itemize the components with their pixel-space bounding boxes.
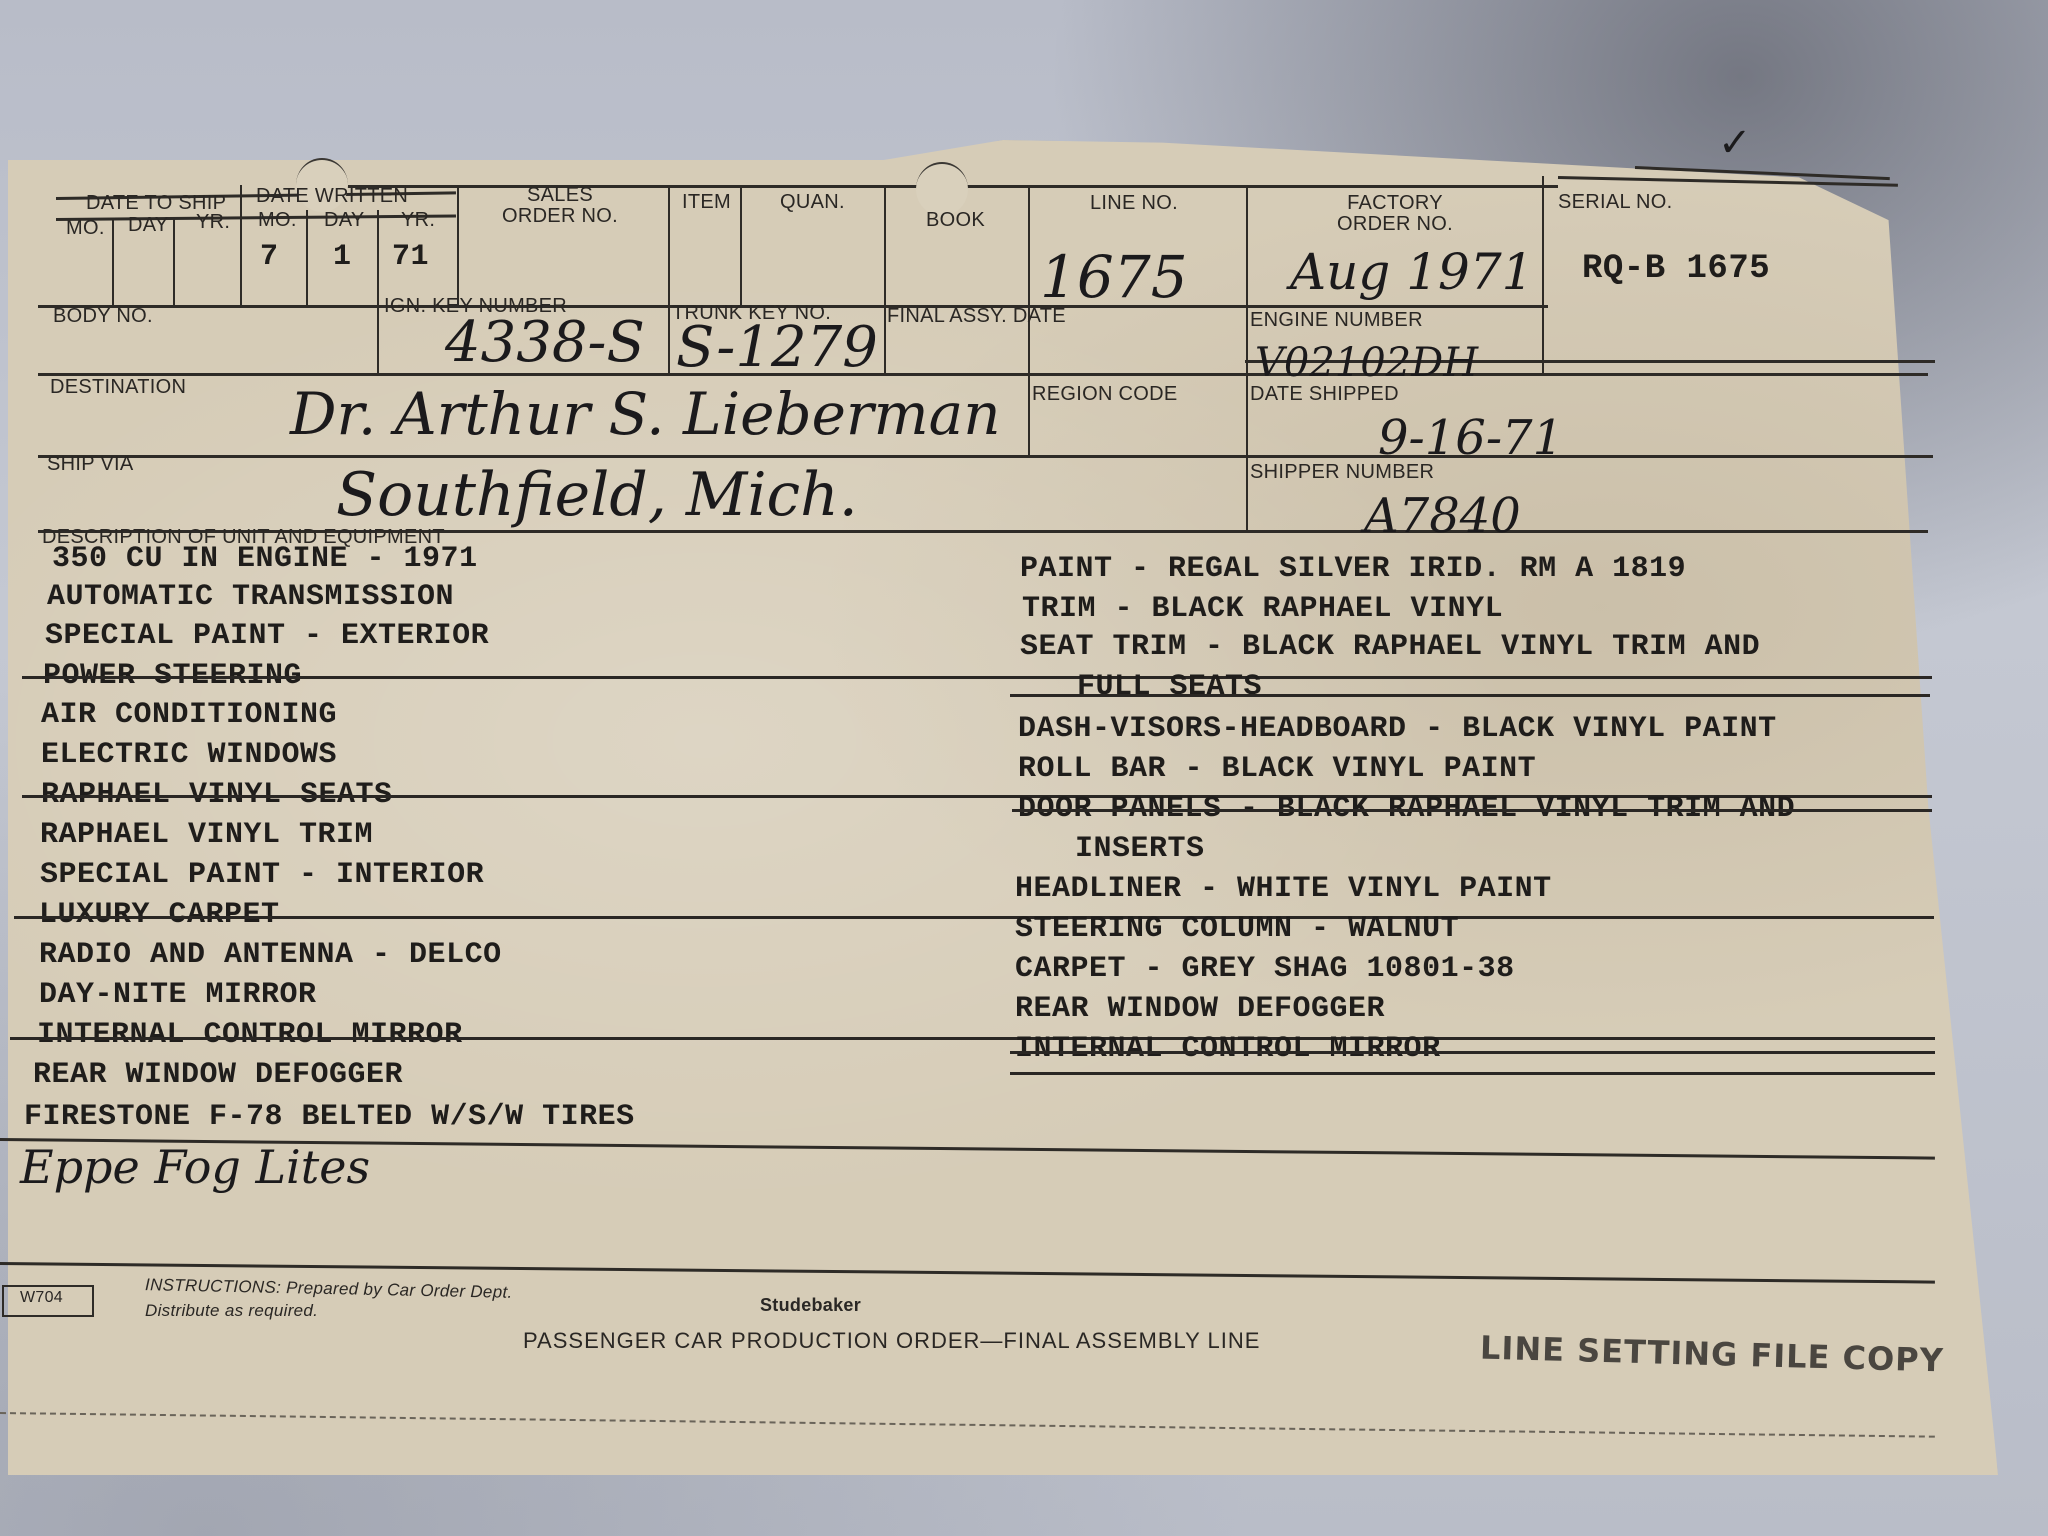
factory-order-label-line2: ORDER NO. <box>1300 214 1490 235</box>
date-written-label: DATE WRITTEN <box>256 186 408 207</box>
date-to-ship-yr-label: YR. <box>196 212 230 233</box>
equipment-item: TRIM - BLACK RAPHAEL VINYL <box>1022 592 1503 626</box>
item-label: ITEM <box>682 192 731 213</box>
date-shipped-label: DATE SHIPPED <box>1250 384 1399 405</box>
date-written-mo-label: MO. <box>258 210 297 231</box>
studebaker-brand: Studebaker <box>760 1296 861 1315</box>
destination-label: DESTINATION <box>50 377 186 398</box>
check-mark-icon: ✓ <box>1718 120 1752 166</box>
equipment-item-struck: FULL SEATS <box>1077 670 1262 704</box>
shipper-number-label: SHIPPER NUMBER <box>1250 462 1434 483</box>
trunk-key-value: S-1279 <box>676 315 878 380</box>
divider <box>1542 176 1544 373</box>
factory-order-value: Aug 1971 <box>1290 243 1533 301</box>
equipment-item: SPECIAL PAINT - INTERIOR <box>40 858 484 892</box>
equipment-item: AUTOMATIC TRANSMISSION <box>47 580 454 614</box>
strike-line <box>1010 1051 1935 1054</box>
date-written-mo-value: 7 <box>260 240 279 274</box>
divider <box>457 185 459 306</box>
ship-via-value: Southfield, Mich. <box>336 460 858 530</box>
equipment-item: REAR WINDOW DEFOGGER <box>33 1058 403 1092</box>
strike-line <box>1010 694 1930 697</box>
ign-key-value: 4338-S <box>445 310 645 375</box>
date-to-ship-mo-label: MO. <box>66 218 105 239</box>
serial-no-value: RQ-B 1675 <box>1582 250 1770 288</box>
divider <box>38 455 1933 458</box>
form-title: PASSENGER CAR PRODUCTION ORDER—FINAL ASS… <box>523 1328 1260 1354</box>
line-no-label: LINE NO. <box>1090 193 1178 214</box>
equipment-item-struck: INTERNAL CONTROL MIRROR <box>1015 1032 1441 1066</box>
equipment-item-struck: INTERNAL CONTROL MIRROR <box>37 1018 463 1052</box>
date-written-yr-label: YR. <box>401 210 435 231</box>
divider <box>377 210 379 373</box>
divider <box>240 185 242 306</box>
divider <box>1246 185 1248 530</box>
serial-no-label: SERIAL NO. <box>1558 192 1673 213</box>
ship-via-label: SHIP VIA <box>47 454 134 475</box>
region-code-label: REGION CODE <box>1032 384 1178 405</box>
line-no-value: 1675 <box>1040 243 1188 311</box>
date-to-ship-day-label: DAY <box>128 215 169 236</box>
handwritten-note: Eppe Fog Lites <box>20 1140 370 1194</box>
destination-value: Dr. Arthur S. Lieberman <box>290 380 1001 448</box>
shipper-number-value: A7840 <box>1364 488 1521 544</box>
equipment-item: FIRESTONE F-78 BELTED W/S/W TIRES <box>24 1100 635 1134</box>
instructions-line2: Distribute as required. <box>145 1302 318 1320</box>
divider <box>112 220 114 306</box>
equipment-item: PAINT - REGAL SILVER IRID. RM A 1819 <box>1020 552 1686 586</box>
equipment-item: CARPET - GREY SHAG 10801-38 <box>1015 952 1515 986</box>
date-written-day-label: DAY <box>324 210 365 231</box>
sales-order-label-line2: ORDER NO. <box>480 206 640 227</box>
divider <box>306 210 308 306</box>
divider <box>884 185 886 373</box>
strike-line <box>14 916 1934 919</box>
equipment-item-struck: LUXURY CARPET <box>39 898 280 932</box>
equipment-item: SEAT TRIM - BLACK RAPHAEL VINYL TRIM AND <box>1020 630 1760 664</box>
equipment-item: RADIO AND ANTENNA - DELCO <box>39 938 502 972</box>
equipment-item: AIR CONDITIONING <box>41 698 337 732</box>
equipment-item-struck: STEERING COLUMN - WALNUT <box>1015 912 1459 946</box>
date-written-day-value: 1 <box>333 240 352 274</box>
equipment-item: ELECTRIC WINDOWS <box>41 738 337 772</box>
punch-hole <box>916 162 968 216</box>
equipment-item: RAPHAEL VINYL TRIM <box>40 818 373 852</box>
engine-number-label: ENGINE NUMBER <box>1250 310 1423 331</box>
strike-line <box>10 1037 1935 1040</box>
divider <box>38 373 1928 376</box>
form-number: W704 <box>20 1290 63 1307</box>
factory-order-label-line1: FACTORY <box>1300 193 1490 214</box>
equipment-item: SPECIAL PAINT - EXTERIOR <box>45 619 489 653</box>
equipment-item: REAR WINDOW DEFOGGER <box>1015 992 1385 1026</box>
final-assy-date-label: FINAL ASSY. DATE <box>887 306 1066 327</box>
body-no-label: BODY NO. <box>53 306 153 327</box>
sales-order-label-line1: SALES <box>480 185 640 206</box>
strike-line <box>1012 809 1932 812</box>
equipment-item: DASH-VISORS-HEADBOARD - BLACK VINYL PAIN… <box>1018 712 1777 746</box>
form-number-box: W704 <box>2 1285 94 1317</box>
divider <box>668 185 670 373</box>
equipment-item: 350 CU IN ENGINE - 1971 <box>52 542 478 576</box>
quan-label: QUAN. <box>780 192 845 213</box>
date-written-yr-value: 71 <box>392 240 429 274</box>
engine-number-value: V02102DH <box>1255 340 1478 386</box>
equipment-item: DAY-NITE MIRROR <box>39 978 317 1012</box>
book-label: BOOK <box>926 210 985 231</box>
equipment-item: HEADLINER - WHITE VINYL PAINT <box>1015 872 1552 906</box>
equipment-item: INSERTS <box>1075 832 1205 866</box>
sales-order-label: SALES ORDER NO. <box>480 185 640 227</box>
factory-order-label: FACTORY ORDER NO. <box>1300 193 1490 235</box>
divider <box>173 218 175 306</box>
divider <box>1010 1072 1935 1075</box>
date-shipped-value: 9-16-71 <box>1378 410 1563 466</box>
strike-line <box>22 676 1932 679</box>
divider <box>740 185 742 305</box>
equipment-item: ROLL BAR - BLACK VINYL PAINT <box>1018 752 1536 786</box>
